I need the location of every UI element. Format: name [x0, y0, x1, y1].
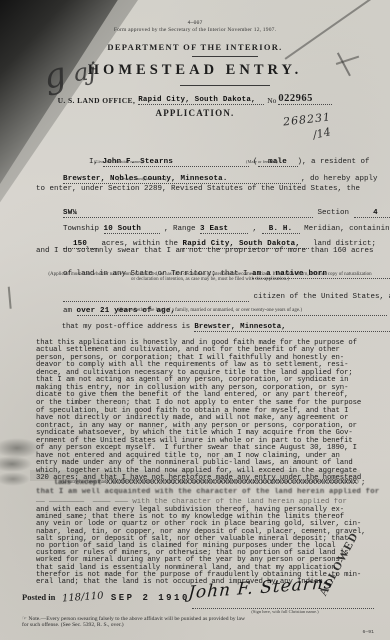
affidavit-lines: that this application is honestly and in… [36, 340, 386, 483]
land-office-label: U. S. LAND OFFICE, [58, 96, 136, 105]
static-text: , do hereby apply [301, 175, 378, 183]
tract-value: SW¼ [63, 209, 77, 217]
residence-field-note: (Town, County, and State.) [118, 176, 166, 181]
static-text: that my post-office address is [62, 323, 195, 331]
static-text: Section [313, 209, 354, 217]
post-office-value: Brewster, Minnesota, [194, 323, 286, 331]
signature-field-note: (Sign here, with full Christian name.) [200, 609, 370, 614]
pencil-file-number-denominator: /14 [312, 125, 332, 141]
section-value: 4 [373, 209, 378, 217]
posted-label: Posted in [22, 592, 55, 602]
printer-code: 6—91 [362, 630, 374, 635]
note-line: for such offense. (See Sec. 5392, R. S.,… [22, 622, 374, 628]
serial-number-value: 022965 [278, 93, 332, 105]
scan-smudge [0, 472, 30, 486]
page-title: HOMESTEAD ENTRY. [0, 62, 390, 79]
sex-field-note: (Male or female.) [246, 159, 278, 164]
overprinted-line-partial: —— ———————— ———— ——— with the character … [36, 498, 386, 506]
age-field-note: (State whether the head of a family, mar… [36, 308, 384, 313]
divider-rule [180, 85, 270, 86]
land-office-value: Rapid City, South Dakota, [138, 96, 256, 104]
exception-field-note: (If entry has been made, describe it by … [36, 480, 384, 485]
posted-handwritten-value: 118/110 [62, 591, 104, 605]
divider-rule [192, 56, 258, 57]
perjury-note: ☞ Note.—Every person swearing falsely to… [22, 616, 374, 628]
post-office-line: that my post-office address is Brewster,… [36, 316, 386, 340]
serial-number-label: No [267, 96, 276, 105]
static-text: ), a resident of [298, 158, 370, 166]
overprinted-line: that I am well acquainted with the chara… [36, 488, 386, 496]
pencil-margin-bracket [8, 287, 11, 309]
residence-line: Brewster, Nobles county, Minnesota., do … [36, 167, 384, 200]
department-heading: DEPARTMENT OF THE INTERIOR. [0, 42, 390, 52]
land-office-line: U. S. LAND OFFICE, Rapid City, South Dak… [0, 93, 390, 105]
date-stamp: SEP 2 1910 [111, 593, 190, 603]
posted-row: Posted in 118/110 SEP 2 1910 [22, 592, 190, 603]
name-field-note: (Give full Christian name.) [94, 159, 143, 164]
scanned-homestead-document: g aj 4—007 Form approved by the Secretar… [0, 0, 390, 640]
application-heading: APPLICATION. [0, 108, 390, 118]
scan-smudge [0, 438, 40, 458]
proprietor-line: and I do solemnly swear that I am not th… [36, 247, 384, 255]
form-code: 4—007 [0, 20, 390, 26]
scan-smudge [0, 456, 32, 472]
form-approval-line: Form approved by the Secretary of the In… [0, 27, 390, 33]
note-line: or declaration of intention, as case may… [36, 277, 384, 282]
affidavit-paragraph: that my post-office address is Brewster,… [36, 316, 386, 483]
citizenship-field-note: (Applicant must state whether native bor… [36, 272, 384, 283]
enter-statute-line: to enter, under Section 2289, Revised St… [36, 185, 384, 193]
